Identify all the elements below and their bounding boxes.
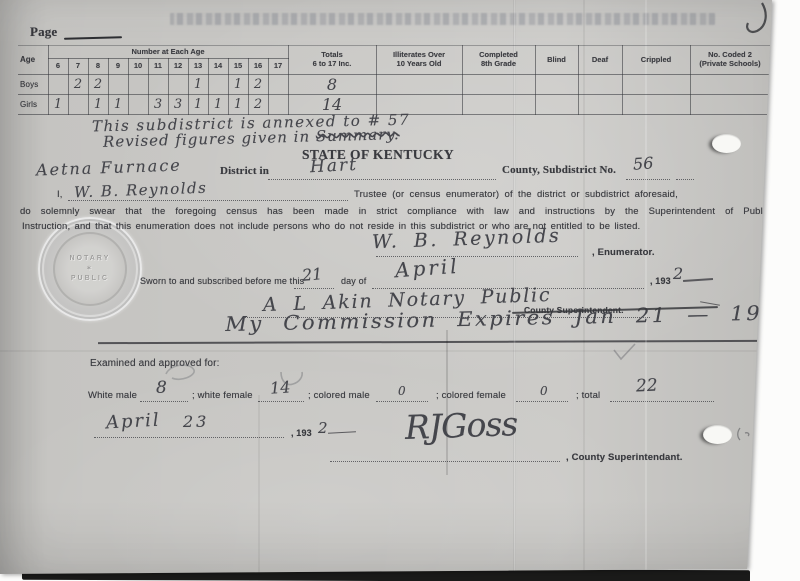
age-14-header: 14 (208, 59, 228, 75)
age-9-header: 9 (108, 59, 128, 75)
punch-hole (703, 425, 732, 444)
age-column-header: Age (18, 46, 48, 75)
trustee-name-handwritten: W. B. Reynolds (74, 179, 208, 202)
age-11-header: 11 (148, 59, 168, 75)
colored-female-label: ; colored female (436, 390, 506, 401)
pencil-u-mark (278, 370, 306, 388)
age-8-header: 8 (88, 59, 108, 75)
year-digit-handwritten: 2 (673, 264, 683, 283)
total-value: 22 (635, 375, 658, 396)
page-label: Page (30, 24, 57, 40)
approval-date-blank-line (94, 436, 284, 438)
age-17-header: 17 (268, 59, 288, 75)
year-printed-label: , 193 (650, 276, 671, 286)
pencil-loop-mark (160, 360, 200, 384)
ruled-line (98, 340, 772, 344)
deaf-header: Deaf (578, 46, 622, 75)
approval-month-handwritten: April (105, 410, 161, 434)
colored-male-label: ; colored male (308, 390, 370, 401)
trustee-label: Trustee (or census enumerator) of the di… (354, 189, 772, 200)
year-pen-dash (683, 278, 713, 282)
subdistrict-blank-line2 (676, 178, 694, 180)
day-of-label: day of (341, 276, 366, 286)
subdistrict-blank-line (626, 178, 670, 180)
month-handwritten: April (394, 254, 460, 282)
bleed-through-text (170, 13, 715, 25)
punch-hole (712, 134, 741, 153)
scanned-census-form: Page Age Number at Each Age Totals 6 to … (0, 0, 800, 581)
approval-year-printed: , 193 (291, 428, 312, 438)
pen-crease (446, 330, 448, 475)
enumerator-label: , Enumerator. (592, 247, 655, 258)
approval-day-handwritten: 23 (183, 412, 209, 431)
pen-squiggle-mark (736, 425, 752, 443)
total-label: ; total (576, 390, 600, 401)
seal-text-line2: PUBLIC (71, 274, 109, 285)
census-count-table: Age Number at Each Age Totals 6 to 17 In… (18, 45, 771, 115)
white-male-label: White male (88, 390, 137, 401)
superintendent-blank-line (330, 460, 560, 462)
seal-star-icon: ✶ (86, 265, 93, 274)
day-handwritten: 21 (301, 264, 323, 285)
boys-total: 8 (288, 75, 376, 95)
totals-header: Totals 6 to 17 Inc. (288, 46, 376, 75)
boys-row-label: Boys (18, 75, 48, 95)
age-6-header: 6 (48, 59, 68, 75)
age-13-header: 13 (188, 59, 208, 75)
i-label: I, (57, 189, 63, 200)
colored-male-blank (376, 400, 428, 402)
table-row-boys: Boys 2 2 1 1 2 8 (18, 75, 770, 95)
group-header: Number at Each Age (48, 46, 288, 59)
sworn-prefix-label: Sworn to and subscribed before me this (140, 276, 304, 286)
completed-8th-header: Completed 8th Grade (462, 46, 535, 75)
pencil-check-mark (612, 342, 638, 362)
blind-header: Blind (535, 46, 578, 75)
county-name-handwritten: Hart (310, 155, 359, 177)
crippled-header: Crippled (622, 46, 690, 75)
colored-male-value: 0 (398, 384, 406, 398)
illiterates-header: Illiterates Over 10 Years Old (376, 46, 462, 75)
colored-female-blank (516, 400, 568, 402)
superintendent-signature-handwritten: RJGoss (404, 404, 517, 447)
white-male-blank (140, 400, 188, 402)
approval-year-dash (328, 431, 356, 434)
paper-sheet: Page Age Number at Each Age Totals 6 to … (0, 0, 800, 581)
district-in-label: District in (220, 165, 269, 177)
seal-text-line1: NOTARY (70, 254, 111, 265)
colored-female-value: 0 (540, 384, 548, 398)
total-blank (610, 400, 714, 402)
subdistrict-number-handwritten: 56 (632, 153, 654, 173)
private-schools-header: No. Coded 2 (Private Schools) (690, 46, 770, 75)
day-blank-line (294, 287, 334, 289)
horizontal-crease (0, 350, 772, 352)
age-15-header: 15 (228, 59, 248, 75)
annotation-struck-word: Summary. (316, 125, 400, 145)
approval-year-digit: 2 (318, 419, 328, 437)
district-name-handwritten: Aetna Furnace (36, 155, 182, 179)
age-16-header: 16 (248, 59, 268, 75)
notary-seal: NOTARY ✶ PUBLIC (38, 217, 142, 321)
white-female-label: ; white female (192, 390, 253, 401)
corner-pen-mark (742, 1, 770, 43)
county-blank-line (268, 178, 496, 180)
oath-body-line1: do solemnly swear that the foregoing cen… (20, 206, 770, 217)
page-number-blank-line (64, 36, 122, 40)
superintendent-label: , County Superintendant. (566, 452, 683, 463)
vertical-crease (258, 395, 260, 575)
age-10-header: 10 (128, 59, 148, 75)
age-12-header: 12 (168, 59, 188, 75)
age-7-header: 7 (68, 59, 88, 75)
approval-heading: Examined and approved for: (90, 358, 220, 369)
county-subdistrict-label: County, Subdistrict No. (502, 164, 616, 176)
girls-row-label: Girls (18, 95, 48, 115)
white-female-blank (258, 400, 304, 402)
